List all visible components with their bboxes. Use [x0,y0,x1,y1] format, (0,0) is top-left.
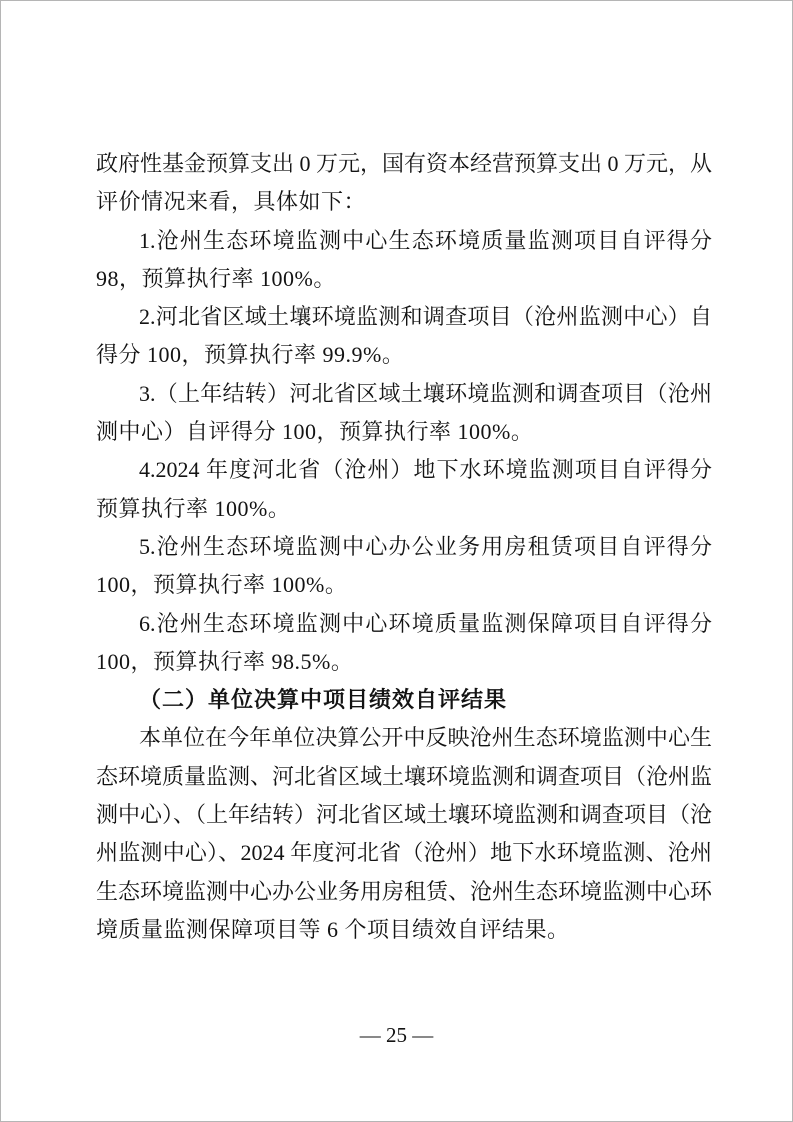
document-line: 本单位在今年单位决算公开中反映沧州生态环境监测中心生 [96,719,712,757]
document-line: 1.沧州生态环境监测中心生态环境质量监测项目自评得分 [96,222,712,260]
document-line: 评价情况来看，具体如下： [96,183,712,221]
document-line: 测中心）、（上年结转）河北省区域土壤环境监测和调查项目（沧 [96,796,712,834]
document-line: 测中心）自评得分 100，预算执行率 100%。 [96,413,712,451]
document-line: 生态环境监测中心办公业务用房租赁、沧州生态环境监测中心环 [96,873,712,911]
document-body: 政府性基金预算支出 0 万元，国有资本经营预算支出 0 万元，从评价情况来看，具… [96,145,712,949]
document-line: 2.河北省区域土壤环境监测和调查项目（沧州监测中心）自评 [96,298,712,336]
document-line: 政府性基金预算支出 0 万元，国有资本经营预算支出 0 万元，从 [96,145,712,183]
document-line: 98，预算执行率 100%。 [96,260,712,298]
document-line: （二）单位决算中项目绩效自评结果 [96,681,712,719]
document-line: 预算执行率 100%。 [96,490,712,528]
document-line: 得分 100，预算执行率 99.9%。 [96,336,712,374]
document-line: 3.（上年结转）河北省区域土壤环境监测和调查项目（沧州监 [96,375,712,413]
document-line: 州监测中心）、2024 年度河北省（沧州）地下水环境监测、沧州 [96,834,712,872]
document-page: 政府性基金预算支出 0 万元，国有资本经营预算支出 0 万元，从评价情况来看，具… [0,0,793,1122]
document-line: 境质量监测保障项目等 6 个项目绩效自评结果。 [96,911,712,949]
document-line: 4.2024 年度河北省（沧州）地下水环境监测项目自评得分 100， [96,451,712,489]
document-line: 5.沧州生态环境监测中心办公业务用房租赁项目自评得分 [96,528,712,566]
document-line: 100，预算执行率 98.5%。 [96,643,712,681]
document-line: 态环境质量监测、河北省区域土壤环境监测和调查项目（沧州监 [96,758,712,796]
page-number: — 25 — [1,1016,792,1054]
document-line: 6.沧州生态环境监测中心环境质量监测保障项目自评得分 [96,605,712,643]
document-line: 100，预算执行率 100%。 [96,566,712,604]
